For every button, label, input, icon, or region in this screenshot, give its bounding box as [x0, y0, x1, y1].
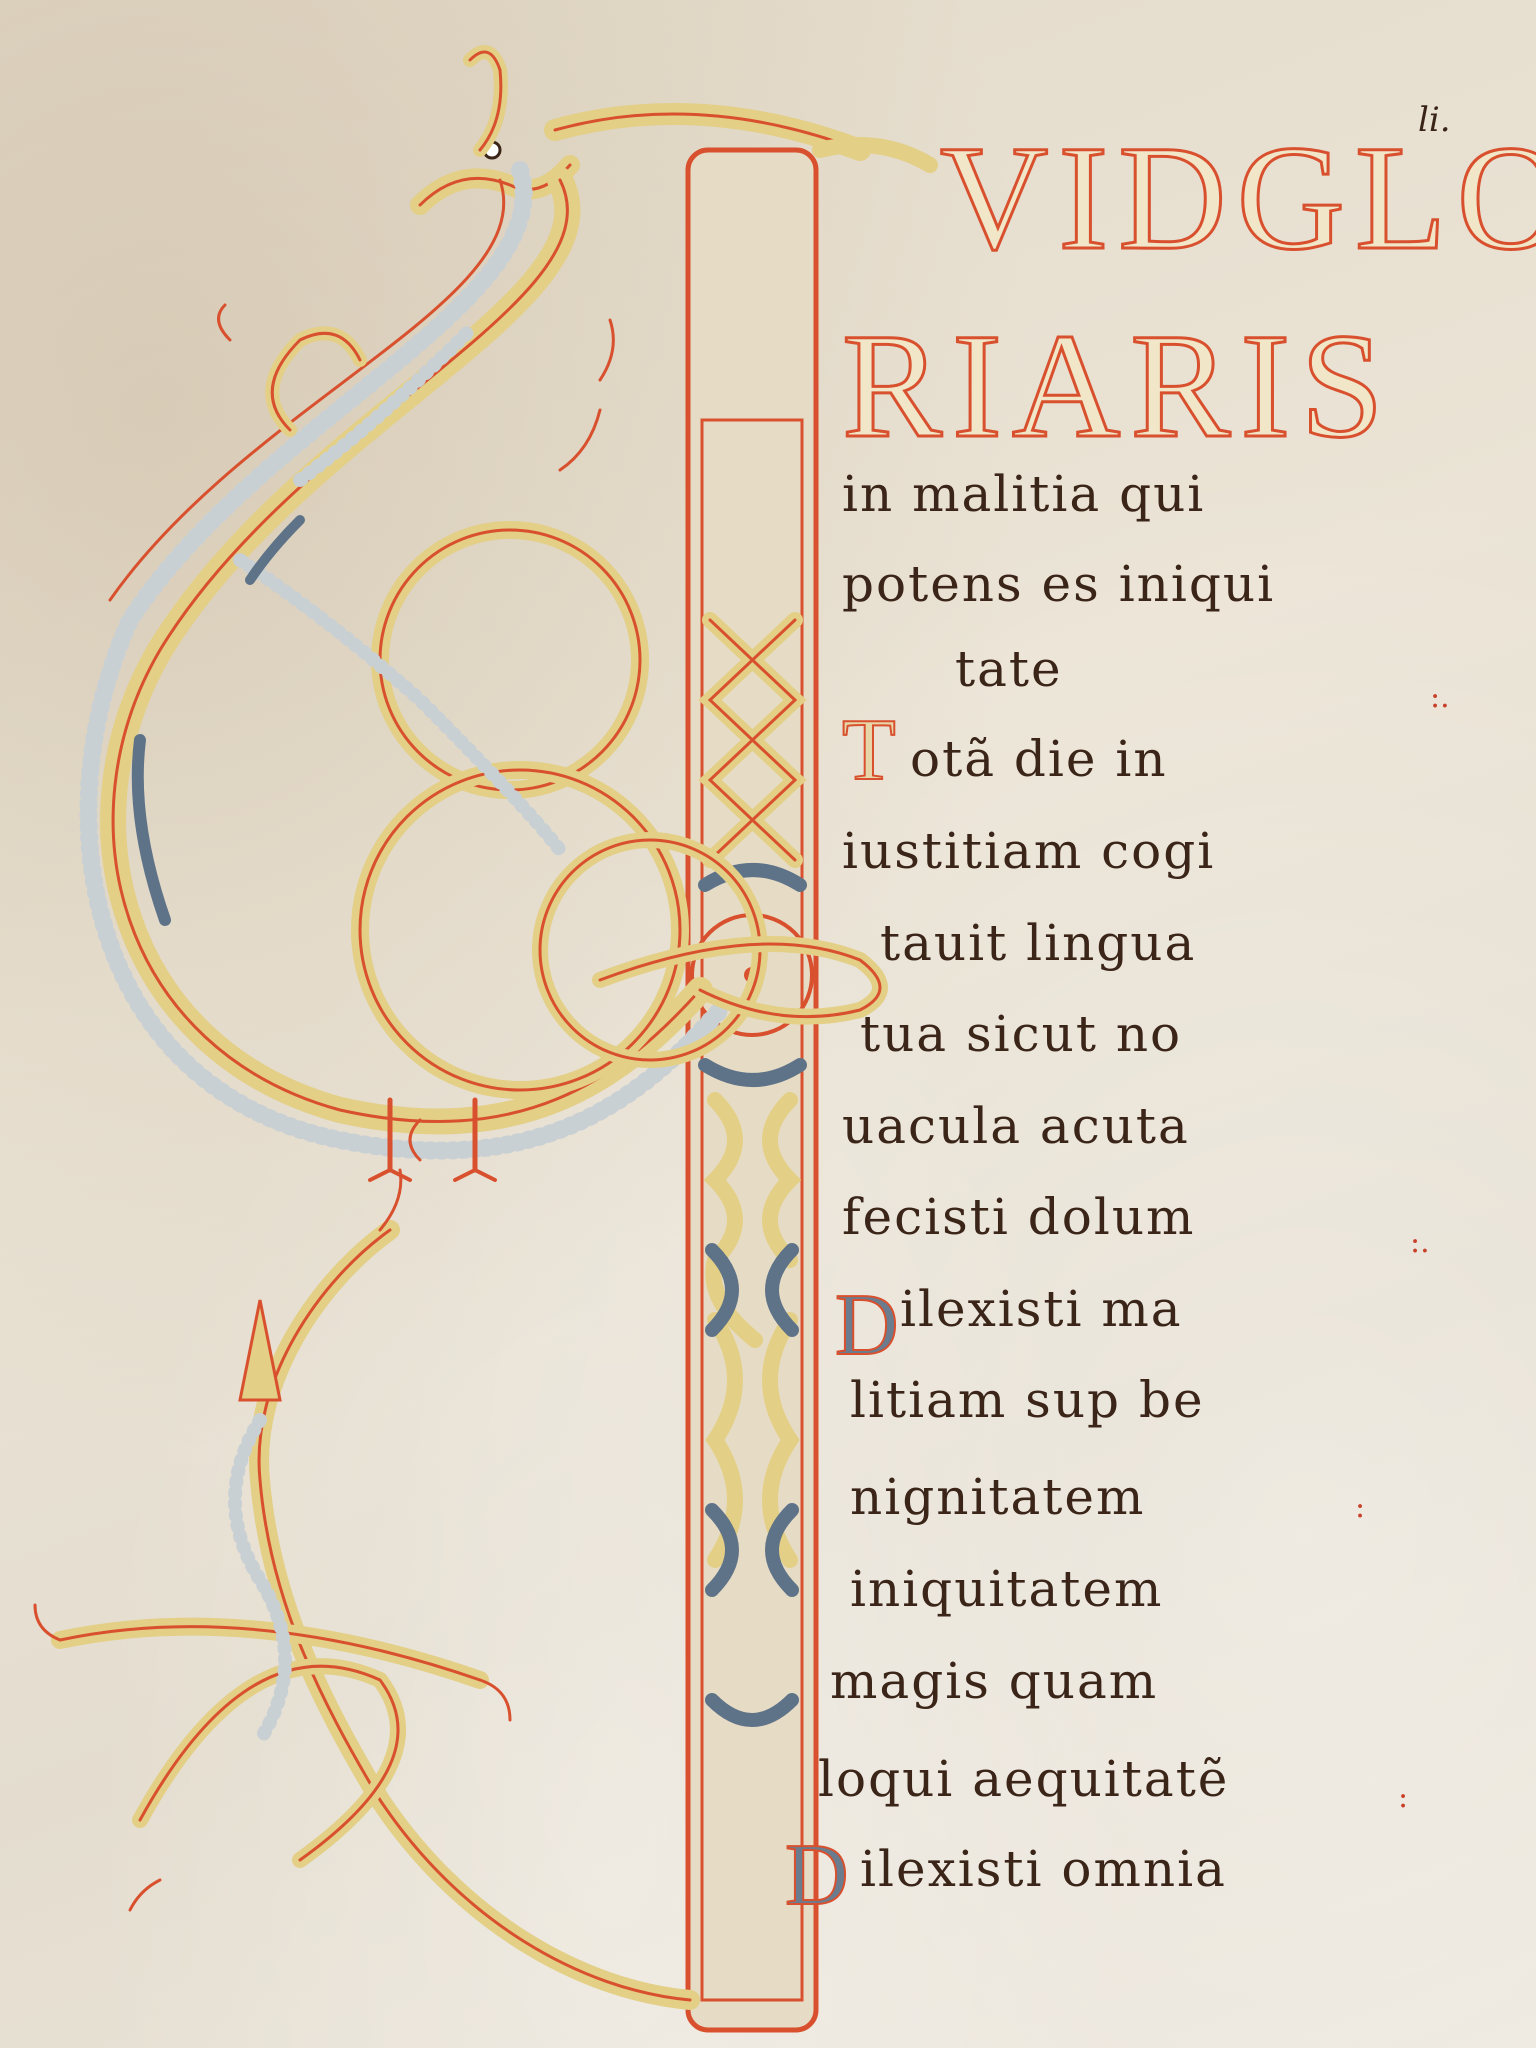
text-line: fecisti dolum — [842, 1188, 1195, 1246]
heading-line-2: RIARIS — [842, 300, 1394, 472]
text-line: magis quam — [830, 1652, 1158, 1710]
text-line: potens es iniqui — [842, 555, 1275, 613]
text-line: nignitatem — [850, 1468, 1145, 1526]
text-line: ilexisti omnia — [860, 1840, 1227, 1898]
marginal-mark: : — [1355, 1490, 1365, 1525]
line-initial-t: T — [842, 700, 896, 801]
text-line: iniquitatem — [850, 1560, 1163, 1618]
text-line: litiam sup be — [850, 1371, 1205, 1429]
heading-line-1: VIDGLO — [940, 112, 1536, 284]
text-line: otã die in — [910, 730, 1168, 788]
marginal-mark: : — [1398, 1780, 1408, 1815]
text-line: tate — [955, 640, 1063, 698]
text-line: tauit lingua — [880, 914, 1196, 972]
text-line: iustitiam cogi — [842, 822, 1215, 880]
marginal-mark: :. — [1430, 680, 1450, 715]
text-line: uacula acuta — [842, 1097, 1190, 1155]
initial-shaft — [688, 150, 816, 2030]
text-line: tua sicut no — [860, 1005, 1182, 1063]
text-line: loqui aequitatẽ — [818, 1750, 1229, 1808]
line-initial-d2: D — [785, 1825, 849, 1926]
text-line: in malitia qui — [842, 465, 1205, 523]
marginal-mark: :. — [1410, 1225, 1430, 1260]
line-initial-d: D — [835, 1275, 899, 1376]
text-line: ilexisti ma — [900, 1280, 1183, 1338]
